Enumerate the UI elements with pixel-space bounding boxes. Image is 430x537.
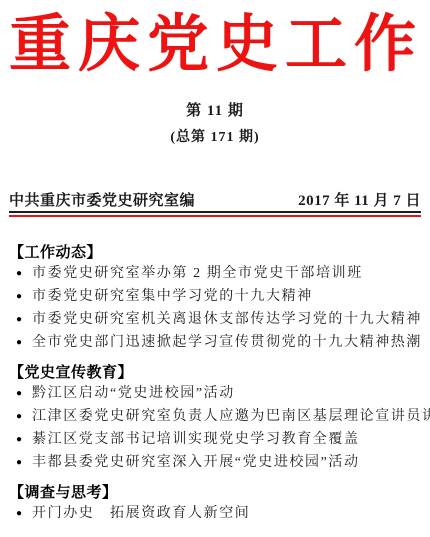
toc-item-text: 市委党史研究室集中学习党的十九大精神: [32, 285, 313, 308]
issue-total: (总第 171 期): [9, 129, 421, 147]
toc-item-text: 綦江区党支部书记培训实现党史学习教育全覆盖: [32, 428, 360, 451]
toc-item: ●市委党史研究室集中学习党的十九大精神: [9, 285, 421, 308]
toc-section: 【工作动态】●市委党史研究室举办第 2 期全市党史干部培训班●市委党史研究室集中…: [9, 244, 421, 354]
red-rule: [9, 215, 421, 217]
toc-item: ●丰都县委党史研究室深入开展“党史进校园”活动: [9, 451, 421, 474]
section-heading: 【工作动态】: [9, 244, 421, 262]
toc-item: ●市委党史研究室举办第 2 期全市党史干部培训班: [9, 262, 421, 285]
toc-item-text: 江津区委党史研究室负责人应邀为巴南区基层理论宣讲员讲课: [32, 405, 430, 428]
editor-label: 中共重庆市委党史研究室编: [9, 193, 195, 210]
toc-item-text: 市委党史研究室举办第 2 期全市党史干部培训班: [32, 262, 363, 285]
toc-item-text: 开门办史 拓展资政育人新空间: [32, 502, 250, 525]
bullet-icon: ●: [9, 382, 32, 405]
toc-item: ●黔江区启动“党史进校园”活动: [9, 382, 421, 405]
toc-item-text: 市委党史研究室机关离退休支部传达学习党的十九大精神: [32, 308, 422, 331]
section-heading: 【调查与思考】: [9, 484, 421, 502]
bullet-icon: ●: [9, 451, 32, 474]
bullet-icon: ●: [9, 405, 32, 428]
toc-section: 【党史宣传教育】●黔江区启动“党史进校园”活动●江津区委党史研究室负责人应邀为巴…: [9, 364, 421, 474]
toc-item-text: 黔江区启动“党史进校园”活动: [32, 382, 235, 405]
bullet-icon: ●: [9, 285, 32, 308]
toc-item-text: 全市党史部门迅速掀起学习宣传贯彻党的十九大精神热潮: [32, 331, 422, 354]
toc-item: ●全市党史部门迅速掀起学习宣传贯彻党的十九大精神热潮: [9, 331, 421, 354]
bullet-icon: ●: [9, 308, 32, 331]
issue-number: 第 11 期: [9, 102, 421, 120]
section-heading: 【党史宣传教育】: [9, 364, 421, 382]
toc-item: ●江津区委党史研究室负责人应邀为巴南区基层理论宣讲员讲课: [9, 405, 421, 428]
bullet-icon: ●: [9, 502, 32, 525]
table-of-contents: 【工作动态】●市委党史研究室举办第 2 期全市党史干部培训班●市委党史研究室集中…: [9, 244, 421, 525]
toc-item: ●市委党史研究室机关离退休支部传达学习党的十九大精神: [9, 308, 421, 331]
bullet-icon: ●: [9, 262, 32, 285]
toc-item-text: 丰都县委党史研究室深入开展“党史进校园”活动: [32, 451, 360, 474]
publication-date: 2017 年 11 月 7 日: [298, 193, 421, 210]
masthead-row: 中共重庆市委党史研究室编 2017 年 11 月 7 日: [9, 193, 421, 213]
toc-section: 【调查与思考】●开门办史 拓展资政育人新空间: [9, 484, 421, 525]
toc-item: ●綦江区党支部书记培训实现党史学习教育全覆盖: [9, 428, 421, 451]
newsletter-page: 重庆党史工作 第 11 期 (总第 171 期) 中共重庆市委党史研究室编 20…: [0, 0, 430, 537]
bullet-icon: ●: [9, 428, 32, 451]
bullet-icon: ●: [9, 331, 32, 354]
page-title: 重庆党史工作: [9, 0, 421, 82]
toc-item: ●开门办史 拓展资政育人新空间: [9, 502, 421, 525]
